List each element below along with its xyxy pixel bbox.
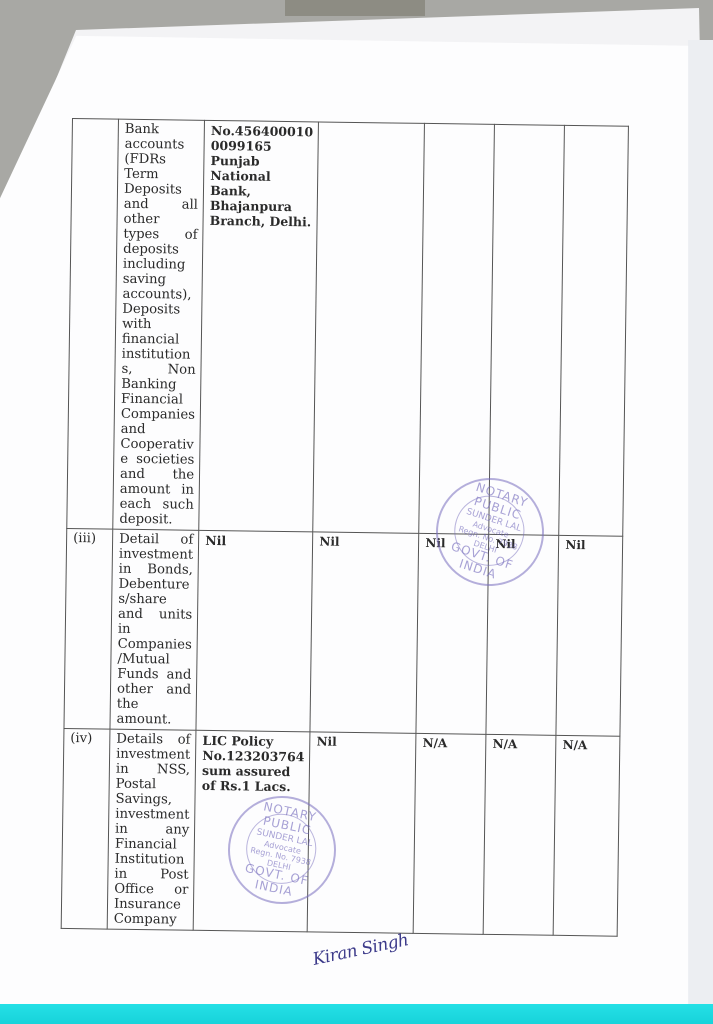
table-row: (iii) Detail of investment in Bonds, Deb… <box>64 528 623 736</box>
scanner-lid-strip <box>285 0 425 16</box>
value-cell-a: Nil <box>310 532 419 733</box>
value-cell-d: N/A <box>553 735 620 936</box>
serial-cell <box>67 119 119 530</box>
scanner-band <box>0 1004 713 1024</box>
serial-cell: (iv) <box>61 728 110 929</box>
value-cell-c: N/A <box>483 734 556 935</box>
description-cell: Details of investment in NSS, Postal Sav… <box>107 729 196 930</box>
page-edge <box>688 40 713 1005</box>
table-row: (iv) Details of investment in NSS, Posta… <box>61 728 620 936</box>
value-cell-c <box>489 124 565 535</box>
value-cell-d <box>559 125 629 536</box>
value-cell-a <box>313 122 425 533</box>
value-cell-d: Nil <box>556 535 623 736</box>
details-cell: Nil <box>196 530 313 732</box>
value-cell-b: N/A <box>413 733 486 934</box>
serial-cell: (iii) <box>64 528 113 729</box>
table-row: Bank accounts (FDRs Term Deposits and al… <box>67 119 629 537</box>
details-cell: No.456400010 0099165 Punjab National Ban… <box>199 120 319 532</box>
description-cell: Bank accounts (FDRs Term Deposits and al… <box>113 119 205 530</box>
description-cell: Detail of investment in Bonds, Debenture… <box>110 529 199 730</box>
